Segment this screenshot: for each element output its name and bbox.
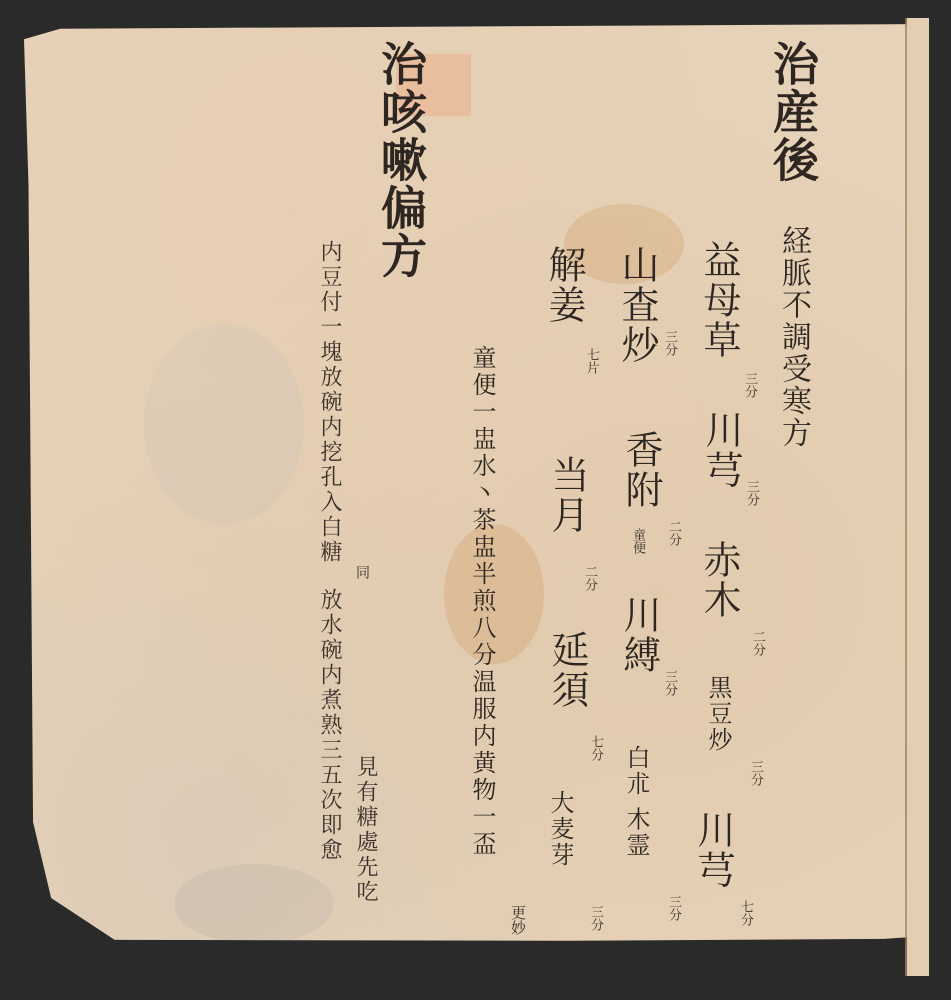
dose-col2-item1: 三分	[660, 330, 679, 356]
dose-col1-item3: 二分	[748, 630, 767, 656]
dose-col1-item1: 三分	[740, 372, 759, 398]
ingredient-col1-item4: 黒豆炒	[706, 675, 730, 753]
ingredient-col1-item3: 赤木	[700, 540, 738, 620]
ingredient-col2-item2: 香附	[622, 430, 660, 510]
dose-col1-item5: 七分	[736, 900, 755, 926]
ingredient-col1-item2: 川芎	[702, 410, 740, 490]
cough-remedy-line-1-note: 同	[352, 565, 372, 579]
prescription-2-title: 治咳嗽偏方	[378, 40, 424, 280]
dose-col2-item4: 三分	[664, 895, 683, 921]
instructions-note: 更妙	[508, 905, 529, 935]
dose-col3-item4: 三分	[586, 905, 605, 931]
dose-col3-item2: 二分	[580, 565, 599, 591]
adjacent-page-edge	[907, 18, 929, 976]
ingredient-col3-item3: 延須	[548, 630, 586, 710]
cough-remedy-line-1: 内豆付一塊放碗内挖孔入白糖	[318, 240, 340, 565]
paper-stain	[174, 864, 334, 944]
ingredient-col3-item2: 当月	[548, 455, 586, 535]
dose-col2-item2: 二分	[664, 520, 683, 546]
dose-col1-item4: 三分	[746, 760, 765, 786]
ingredient-col3-item1: 解姜	[545, 245, 583, 325]
ingredient-col2-item3: 川縛	[620, 595, 658, 675]
prescription-1-subtitle: 経脈不調受寒方	[778, 225, 808, 449]
cough-remedy-line-2: 放水碗内煮熟三五次即愈	[318, 588, 340, 863]
paper-stain	[144, 324, 304, 524]
cough-remedy-line-3: 見有糖處先吃	[354, 755, 376, 905]
dose-col1-item2: 三分	[742, 480, 761, 506]
ingredient-col1-item5: 川芎	[694, 810, 732, 890]
ingredient-col3-item4: 大麦芽	[548, 790, 572, 868]
ingredient-col2-item4: 白朮 木霊	[624, 745, 648, 859]
dose-col3-item3: 七分	[586, 735, 605, 761]
note-col3-item1: 七片	[582, 348, 601, 374]
note-col2-item2: 童便	[628, 528, 647, 554]
ingredient-col1-item1: 益母草	[700, 240, 738, 360]
dose-col2-item3: 三分	[660, 670, 679, 696]
ingredient-col2-item1: 山査炒	[618, 245, 656, 365]
preparation-instructions: 童便一盅水丶茶盅半煎八分温服内黄物一盃	[470, 345, 494, 858]
prescription-1-title: 治産後	[770, 40, 816, 184]
